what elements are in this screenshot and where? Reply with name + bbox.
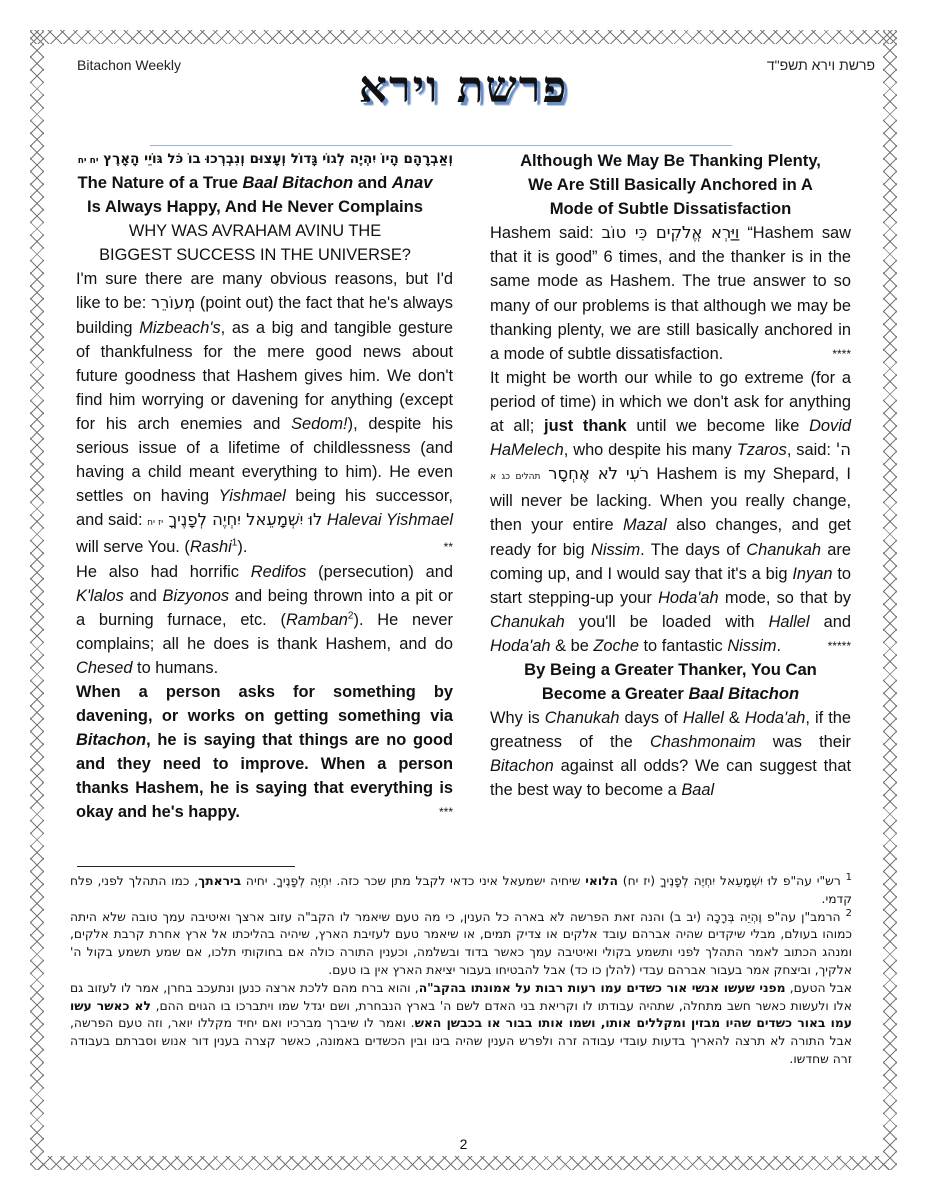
caps-line: WHY WAS AVRAHAM AVINU THE (129, 222, 381, 240)
text: to humans. (133, 659, 219, 677)
footnote-1: 1 רש"י עה"פ לוּ יִשְׁמָעֵאל יִחְיֶה לְפָ… (70, 873, 852, 909)
italic: Ramban (286, 611, 348, 629)
footnote-2-continued: אבל הטעם, מפני שעשו אנשי אור כשדים עמו ר… (70, 980, 852, 1069)
paragraph-2: He also had horrific Redifos (persecutio… (57, 560, 453, 680)
footnote-2: 2 הרמב"ן עה"פ וֶהְיֵה בְּרָכָה (יב ב) וה… (70, 909, 852, 980)
italic: Bitachon (490, 757, 554, 775)
bold: הלואי (585, 874, 618, 888)
caps-line: BIGGEST SUCCESS IN THE UNIVERSE? (99, 246, 411, 264)
text: ). (237, 538, 247, 556)
heading-text: Mode of Subtle Dissatisfaction (550, 199, 792, 218)
footnote-number: 1 (846, 872, 852, 883)
text: (persecution) and (306, 563, 453, 581)
italic: Mazal (623, 516, 667, 534)
text: . (776, 637, 781, 655)
italic: Hoda'ah (745, 709, 806, 727)
text: “Hashem saw that it is good” 6 times, an… (490, 224, 851, 362)
border-bottom (30, 1156, 897, 1170)
page-number: 2 (0, 1136, 927, 1152)
heading-text: By Being a Greater Thanker, You Can (524, 660, 817, 679)
italic: Bitachon (76, 731, 146, 749)
heading-italic: Baal Bitachon (689, 684, 800, 703)
text: was their (756, 733, 851, 751)
paragraph-3-bold: When a person asks for something by dave… (57, 680, 453, 825)
hebrew-reference: יז יח (147, 518, 163, 528)
left-column: וְאַבְרָהָם הָיוֹ יִהְיֶה לְגוֹי גָּדוֹל… (57, 149, 453, 825)
footnote-number: 2 (846, 908, 852, 919)
text: He also had horrific (76, 563, 251, 581)
text: Hashem said: (490, 224, 602, 242)
verse-reference: יח יח (78, 156, 99, 166)
text: אבל הטעם, (786, 981, 852, 995)
italic: Hallel (769, 613, 810, 631)
bold: מפני שעשו אנשי אור כשדים עמו רעות רבות ע… (419, 981, 786, 995)
section-heading-3: By Being a Greater Thanker, You Can Beco… (490, 658, 851, 706)
paragraph-r2: It might be worth our while to go extrem… (490, 366, 851, 658)
hebrew-quote: וַיַּרְא אֱלֹקִים כִּי טוֹב (602, 223, 740, 242)
section-stars: *** (439, 800, 453, 824)
section-stars: ***** (828, 634, 851, 658)
text: שיחיה ישמעאל איני כדאי לקבל מתן שכר כזה.… (241, 874, 585, 888)
heading-text: Become a Greater (542, 684, 689, 703)
border-left (30, 30, 44, 1170)
footnote-separator (77, 866, 295, 867)
italic: Hallel (683, 709, 724, 727)
heading-italic: Baal Bitachon (243, 173, 354, 192)
text: רש"י עה"פ לוּ יִשְׁמָעֵאל יִחְיֶה לְפָנֶ… (618, 874, 846, 888)
italic: Mizbeach's (139, 319, 220, 337)
paragraph-r1: Hashem said: וַיַּרְא אֱלֹקִים כִּי טוֹב… (490, 221, 851, 366)
hebrew-word: מְעוֹרֵר (151, 293, 195, 312)
hebrew-quote: לוּ יִשְׁמָעֵאל יִחְיֶה לְפָנֶיךָ יז יח (147, 510, 322, 529)
italic: Chesed (76, 659, 133, 677)
title-divider (150, 145, 732, 146)
italic: Chashmonaim (650, 733, 756, 751)
section-heading-1: The Nature of a True Baal Bitachon and A… (57, 171, 453, 219)
text: will serve You. ( (76, 538, 190, 556)
heading-text: Is Always Happy, And He Never Complains (87, 197, 423, 216)
text: & (724, 709, 745, 727)
italic: Nissim (727, 637, 776, 655)
text: to fantastic (639, 637, 727, 655)
heading-text: Although We May Be Thanking Plenty, (520, 151, 821, 170)
italic: Sedom! (291, 415, 348, 433)
text: days of (619, 709, 682, 727)
italic: Baal (681, 781, 714, 799)
text: , who despite his many (564, 441, 737, 459)
italic: Chanukah (746, 541, 821, 559)
text: you'll be loaded with (565, 613, 769, 631)
italic: Bizyonos (163, 587, 230, 605)
italic: Inyan (792, 565, 832, 583)
italic: Yishmael (219, 487, 286, 505)
text: & be (551, 637, 594, 655)
text: Why is (490, 709, 545, 727)
section-heading-2: Although We May Be Thanking Plenty, We A… (490, 149, 851, 221)
right-column: Although We May Be Thanking Plenty, We A… (490, 149, 851, 803)
caps-question: WHY WAS AVRAHAM AVINU THE BIGGEST SUCCES… (57, 219, 453, 267)
verse-hebrew: וְאַבְרָהָם הָיוֹ יִהְיֶה לְגוֹי גָּדוֹל… (57, 149, 453, 171)
border-right (883, 30, 897, 1170)
paragraph-r3: Why is Chanukah days of Hallel & Hoda'ah… (490, 706, 851, 802)
italic: Hoda'ah (490, 637, 551, 655)
heading-italic: Anav (392, 173, 433, 192)
text: until we become like (627, 417, 809, 435)
footnotes: 1 רש"י עה"פ לוּ יִשְׁמָעֵאל יִחְיֶה לְפָ… (70, 873, 852, 1069)
text: . The days of (640, 541, 746, 559)
border-top (30, 30, 897, 44)
italic: Hoda'ah (658, 589, 719, 607)
hebrew-reference: תהלים כג א (490, 472, 540, 482)
paragraph-1: I'm sure there are many obvious reasons,… (57, 267, 453, 559)
text: , said: (787, 441, 836, 459)
italic: Zoche (593, 637, 639, 655)
section-stars: **** (832, 342, 851, 366)
italic: Nissim (591, 541, 640, 559)
hebrew-text: לוּ יִשְׁמָעֵאל יִחְיֶה לְפָנֶיךָ (168, 510, 322, 529)
italic: Chanukah (490, 613, 565, 631)
heading-text: The Nature of a True (77, 173, 242, 192)
text: and (124, 587, 163, 605)
heading-text: and (353, 173, 392, 192)
bold: just thank (544, 417, 627, 435)
text: When a person asks for something by dave… (76, 683, 453, 725)
verse-text: וְאַבְרָהָם הָיוֹ יִהְיֶה לְגוֹי גָּדוֹל… (103, 151, 453, 167)
text: and (810, 613, 851, 631)
text: הרמב"ן עה"פ וֶהְיֵה בְּרָכָה (יב ב) והנה… (70, 910, 852, 977)
page-title: פרשת וירא (0, 62, 927, 113)
text: mode, so that by (719, 589, 851, 607)
italic: Chanukah (545, 709, 620, 727)
italic: K'lalos (76, 587, 124, 605)
italic: Rashi (190, 538, 232, 556)
heading-text: We Are Still Basically Anchored in A (528, 175, 813, 194)
italic: Redifos (251, 563, 307, 581)
italic: Halevai Yishmael (327, 511, 453, 529)
section-stars: ** (444, 535, 453, 559)
bold: ביראתך (198, 874, 241, 888)
italic: Tzaros (737, 441, 787, 459)
